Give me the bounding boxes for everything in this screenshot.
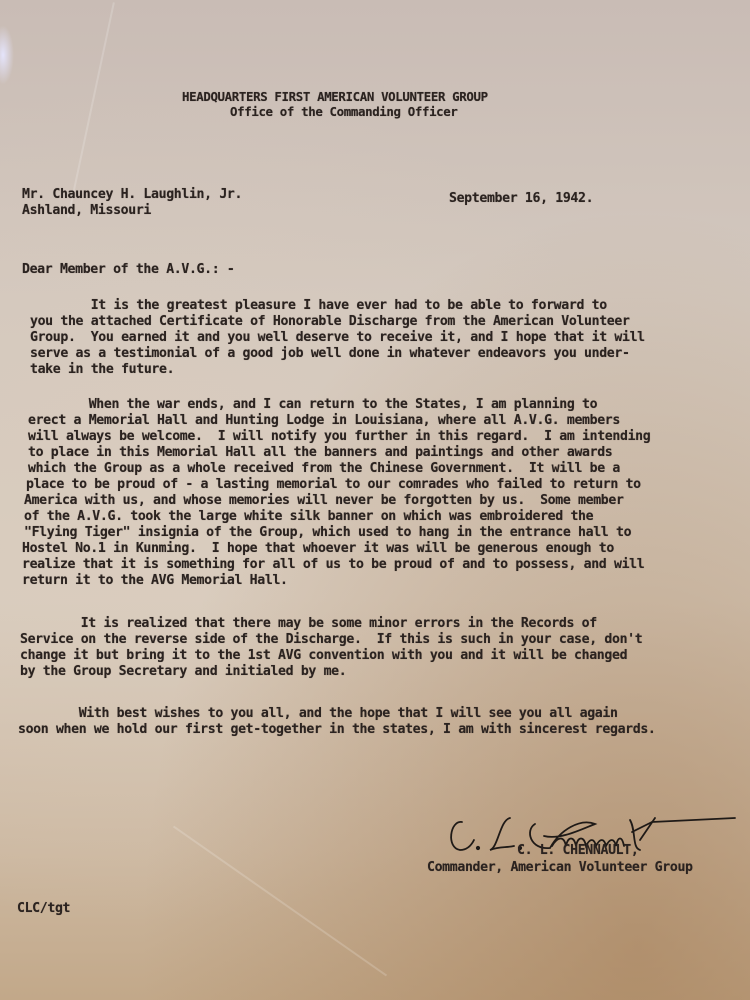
- recipient-location: Ashland, Missouri: [22, 201, 151, 220]
- paper-blemish: [0, 25, 14, 85]
- text-line: soon when we hold our first get-together…: [18, 720, 656, 739]
- reference-initials: CLC/tgt: [17, 899, 70, 918]
- signature-title: Commander, American Volunteer Group: [427, 858, 693, 877]
- text-line: return it to the AVG Memorial Hall.: [22, 571, 288, 590]
- letterhead-office: Office of the Commanding Officer: [230, 102, 458, 121]
- salutation: Dear Member of the A.V.G.: -: [22, 260, 235, 279]
- letter-date: September 16, 1942.: [449, 189, 593, 208]
- text-line: by the Group Secretary and initialed by …: [20, 662, 346, 681]
- paper-crease: [173, 826, 387, 977]
- letter-page: HEADQUARTERS FIRST AMERICAN VOLUNTEER GR…: [0, 0, 750, 1000]
- text-line: take in the future.: [30, 360, 174, 379]
